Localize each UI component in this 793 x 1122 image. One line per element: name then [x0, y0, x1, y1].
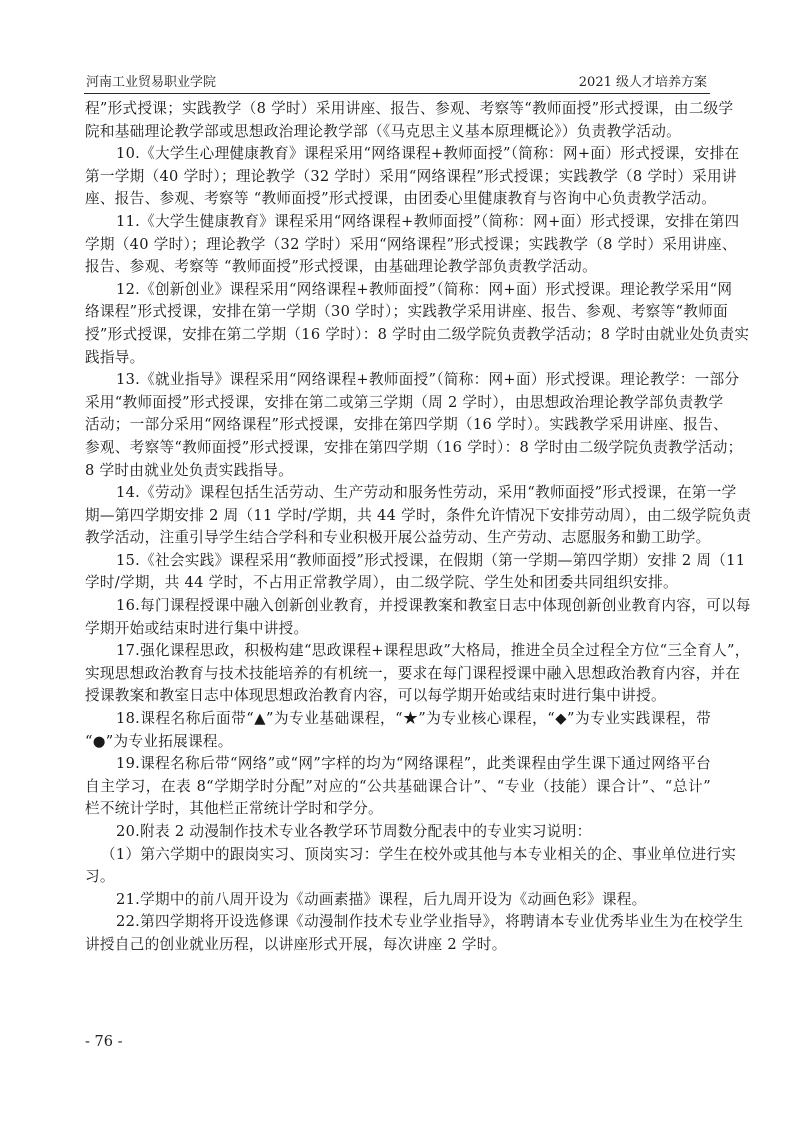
header-document-title: 2021 级人才培养方案	[579, 74, 707, 92]
text-line: 22.第四学期将开设选修课《动漫制作技术专业学业指导》，将聘请本专业优秀毕业生为…	[85, 911, 711, 934]
text-line: 学时/学期，共 44 学时，不占用正常教学周），由二级学院、学生处和团委共同组织…	[85, 572, 711, 595]
text-line: 8 学时由就业处负责实践指导。	[85, 460, 711, 483]
paragraph-item-18: 18.课程名称后面带“▲”为专业基础课程，“★”为专业核心课程，“◆”为专业实践…	[85, 708, 711, 753]
paragraph-item-20: 20.附表 2 动漫制作技术专业各教学环节周数分配表中的专业实习说明：	[85, 821, 711, 844]
text-line: 10.《大学生心理健康教育》课程采用“网络课程+教师面授”（简称：网+面）形式授…	[85, 143, 711, 166]
text-line: 活动；一部分采用“网络课程”形式授课，安排在第四学期（16 学时）。实践教学采用…	[85, 414, 711, 437]
paragraph-item-22: 22.第四学期将开设选修课《动漫制作技术专业学业指导》，将聘请本专业优秀毕业生为…	[85, 911, 711, 956]
header-institution: 河南工业贸易职业学院	[86, 74, 216, 92]
paragraph-item-15: 15.《社会实践》课程采用“教师面授”形式授课，在假期（第一学期—第四学期）安排…	[85, 550, 711, 595]
text-line: 期—第四学期安排 2 周（11 学时/学期，共 44 学时，条件允许情况下安排劳…	[85, 505, 711, 528]
page-header: 河南工业贸易职业学院 2021 级人才培养方案	[84, 74, 709, 92]
text-line: 学期开始或结束时进行集中讲授。	[85, 618, 711, 641]
text-line: 座、报告、参观、考察等 “教师面授”形式授课，由团委心里健康教育与咨询中心负责教…	[85, 188, 711, 211]
text-line: 参观、考察等“教师面授”形式授课，安排在第四学期（16 学时）：8 学时由二级学…	[85, 437, 711, 460]
text-line: 20.附表 2 动漫制作技术专业各教学环节周数分配表中的专业实习说明：	[85, 821, 711, 844]
paragraph-item-19: 19.课程名称后带“网络”或“网”字样的均为“网络课程”，此类课程由学生课下通过…	[85, 753, 711, 821]
paragraph-item-17: 17.强化课程思政，积极构建“思政课程+课程思政”大格局，推进全员全过程全方位“…	[85, 640, 711, 708]
text-line: 授课教案和教室日志中体现思想政治教育内容，可以每学期开始或结束时进行集中讲授。	[85, 685, 711, 708]
text-line: 授”形式授课，安排在第二学期（16 学时）：8 学时由二级学院负责教学活动；8 …	[85, 324, 711, 347]
text-line: 第一学期（40 学时）；理论教学（32 学时）采用“网络课程”形式授课；实践教学…	[85, 166, 711, 189]
text-line: 19.课程名称后带“网络”或“网”字样的均为“网络课程”，此类课程由学生课下通过…	[85, 753, 711, 776]
paragraph-item-11: 11.《大学生健康教育》课程采用“网络课程+教师面授”（简称：网+面）形式授课，…	[85, 211, 711, 279]
paragraph-item-14: 14.《劳动》课程包括生活劳动、生产劳动和服务性劳动，采用“教师面授”形式授课，…	[85, 482, 711, 550]
text-line: 16.每门课程授课中融入创新创业教育，并授课教案和教室日志中体现创新创业教育内容…	[85, 595, 711, 618]
text-line: 络课程”形式授课，安排在第一学期（30 学时）；实践教学采用讲座、报告、参观、考…	[85, 301, 711, 324]
text-line: 院和基础理论教学部或思想政治理论教学部（《马克思主义基本原理概论》）负责教学活动…	[85, 121, 711, 144]
text-line: 报告、参观、考察等 “教师面授”形式授课，由基础理论教学部负责教学活动。	[85, 256, 711, 279]
text-line: 学期（40 学时）；理论教学（32 学时）采用“网络课程”形式授课；实践教学（8…	[85, 234, 711, 257]
text-line: 21.学期中的前八周开设为《动画素描》课程，后九周开设为《动画色彩》课程。	[85, 889, 711, 912]
text-line: 栏不统计学时，其他栏正常统计学时和学分。	[85, 798, 711, 821]
text-line: 程”形式授课；实践教学（8 学时）采用讲座、报告、参观、考察等“教师面授”形式授…	[85, 98, 711, 121]
text-line: 13.《就业指导》课程采用“网络课程+教师面授”（简称：网+面）形式授课。理论教…	[85, 369, 711, 392]
text-line: 11.《大学生健康教育》课程采用“网络课程+教师面授”（简称：网+面）形式授课，…	[85, 211, 711, 234]
paragraph-item-21: 21.学期中的前八周开设为《动画素描》课程，后九周开设为《动画色彩》课程。	[85, 889, 711, 912]
text-line: 采用“教师面授”形式授课，安排在第二或第三学期（周 2 学时），由思想政治理论教…	[85, 392, 711, 415]
text-line: 讲授自己的创业就业历程，以讲座形式开展，每次讲座 2 学时。	[85, 934, 711, 957]
text-line: 教学活动，注重引导学生结合学科和专业积极开展公益劳动、生产劳动、志愿服务和勤工助…	[85, 527, 711, 550]
text-line: 15.《社会实践》课程采用“教师面授”形式授课，在假期（第一学期—第四学期）安排…	[85, 550, 711, 573]
paragraph-item-12: 12.《创新创业》课程采用“网络课程+教师面授”（简称：网+面）形式授课。理论教…	[85, 279, 711, 369]
text-line: 17.强化课程思政，积极构建“思政课程+课程思政”大格局，推进全员全过程全方位“…	[85, 640, 711, 663]
header-divider	[84, 93, 710, 94]
paragraph-item-20-sub-1: （1）第六学期中的跟岗实习、顶岗实习：学生在校外或其他与本专业相关的企、事业单位…	[85, 844, 711, 889]
text-line: 14.《劳动》课程包括生活劳动、生产劳动和服务性劳动，采用“教师面授”形式授课，…	[85, 482, 711, 505]
paragraph-item-13: 13.《就业指导》课程采用“网络课程+教师面授”（简称：网+面）形式授课。理论教…	[85, 369, 711, 482]
text-line: 习。	[85, 866, 711, 889]
paragraph-item-9-continuation: 程”形式授课；实践教学（8 学时）采用讲座、报告、参观、考察等“教师面授”形式授…	[85, 98, 711, 143]
text-line: 自主学习，在表 8“学期学时分配”对应的“公共基础课合计”、“专业（技能）课合计…	[85, 776, 711, 799]
paragraph-item-16: 16.每门课程授课中融入创新创业教育，并授课教案和教室日志中体现创新创业教育内容…	[85, 595, 711, 640]
page-number: - 76 -	[85, 1033, 122, 1051]
text-line: 18.课程名称后面带“▲”为专业基础课程，“★”为专业核心课程，“◆”为专业实践…	[85, 708, 711, 731]
paragraph-item-10: 10.《大学生心理健康教育》课程采用“网络课程+教师面授”（简称：网+面）形式授…	[85, 143, 711, 211]
text-line: 践指导。	[85, 347, 711, 370]
document-body: 程”形式授课；实践教学（8 学时）采用讲座、报告、参观、考察等“教师面授”形式授…	[85, 98, 711, 957]
text-line: （1）第六学期中的跟岗实习、顶岗实习：学生在校外或其他与本专业相关的企、事业单位…	[85, 844, 711, 867]
text-line: 12.《创新创业》课程采用“网络课程+教师面授”（简称：网+面）形式授课。理论教…	[85, 279, 711, 302]
text-line: 实现思想政治教育与技术技能培养的有机统一，要求在每门课程授课中融入思想政治教育内…	[85, 663, 711, 686]
text-line: “●”为专业拓展课程。	[85, 731, 711, 754]
